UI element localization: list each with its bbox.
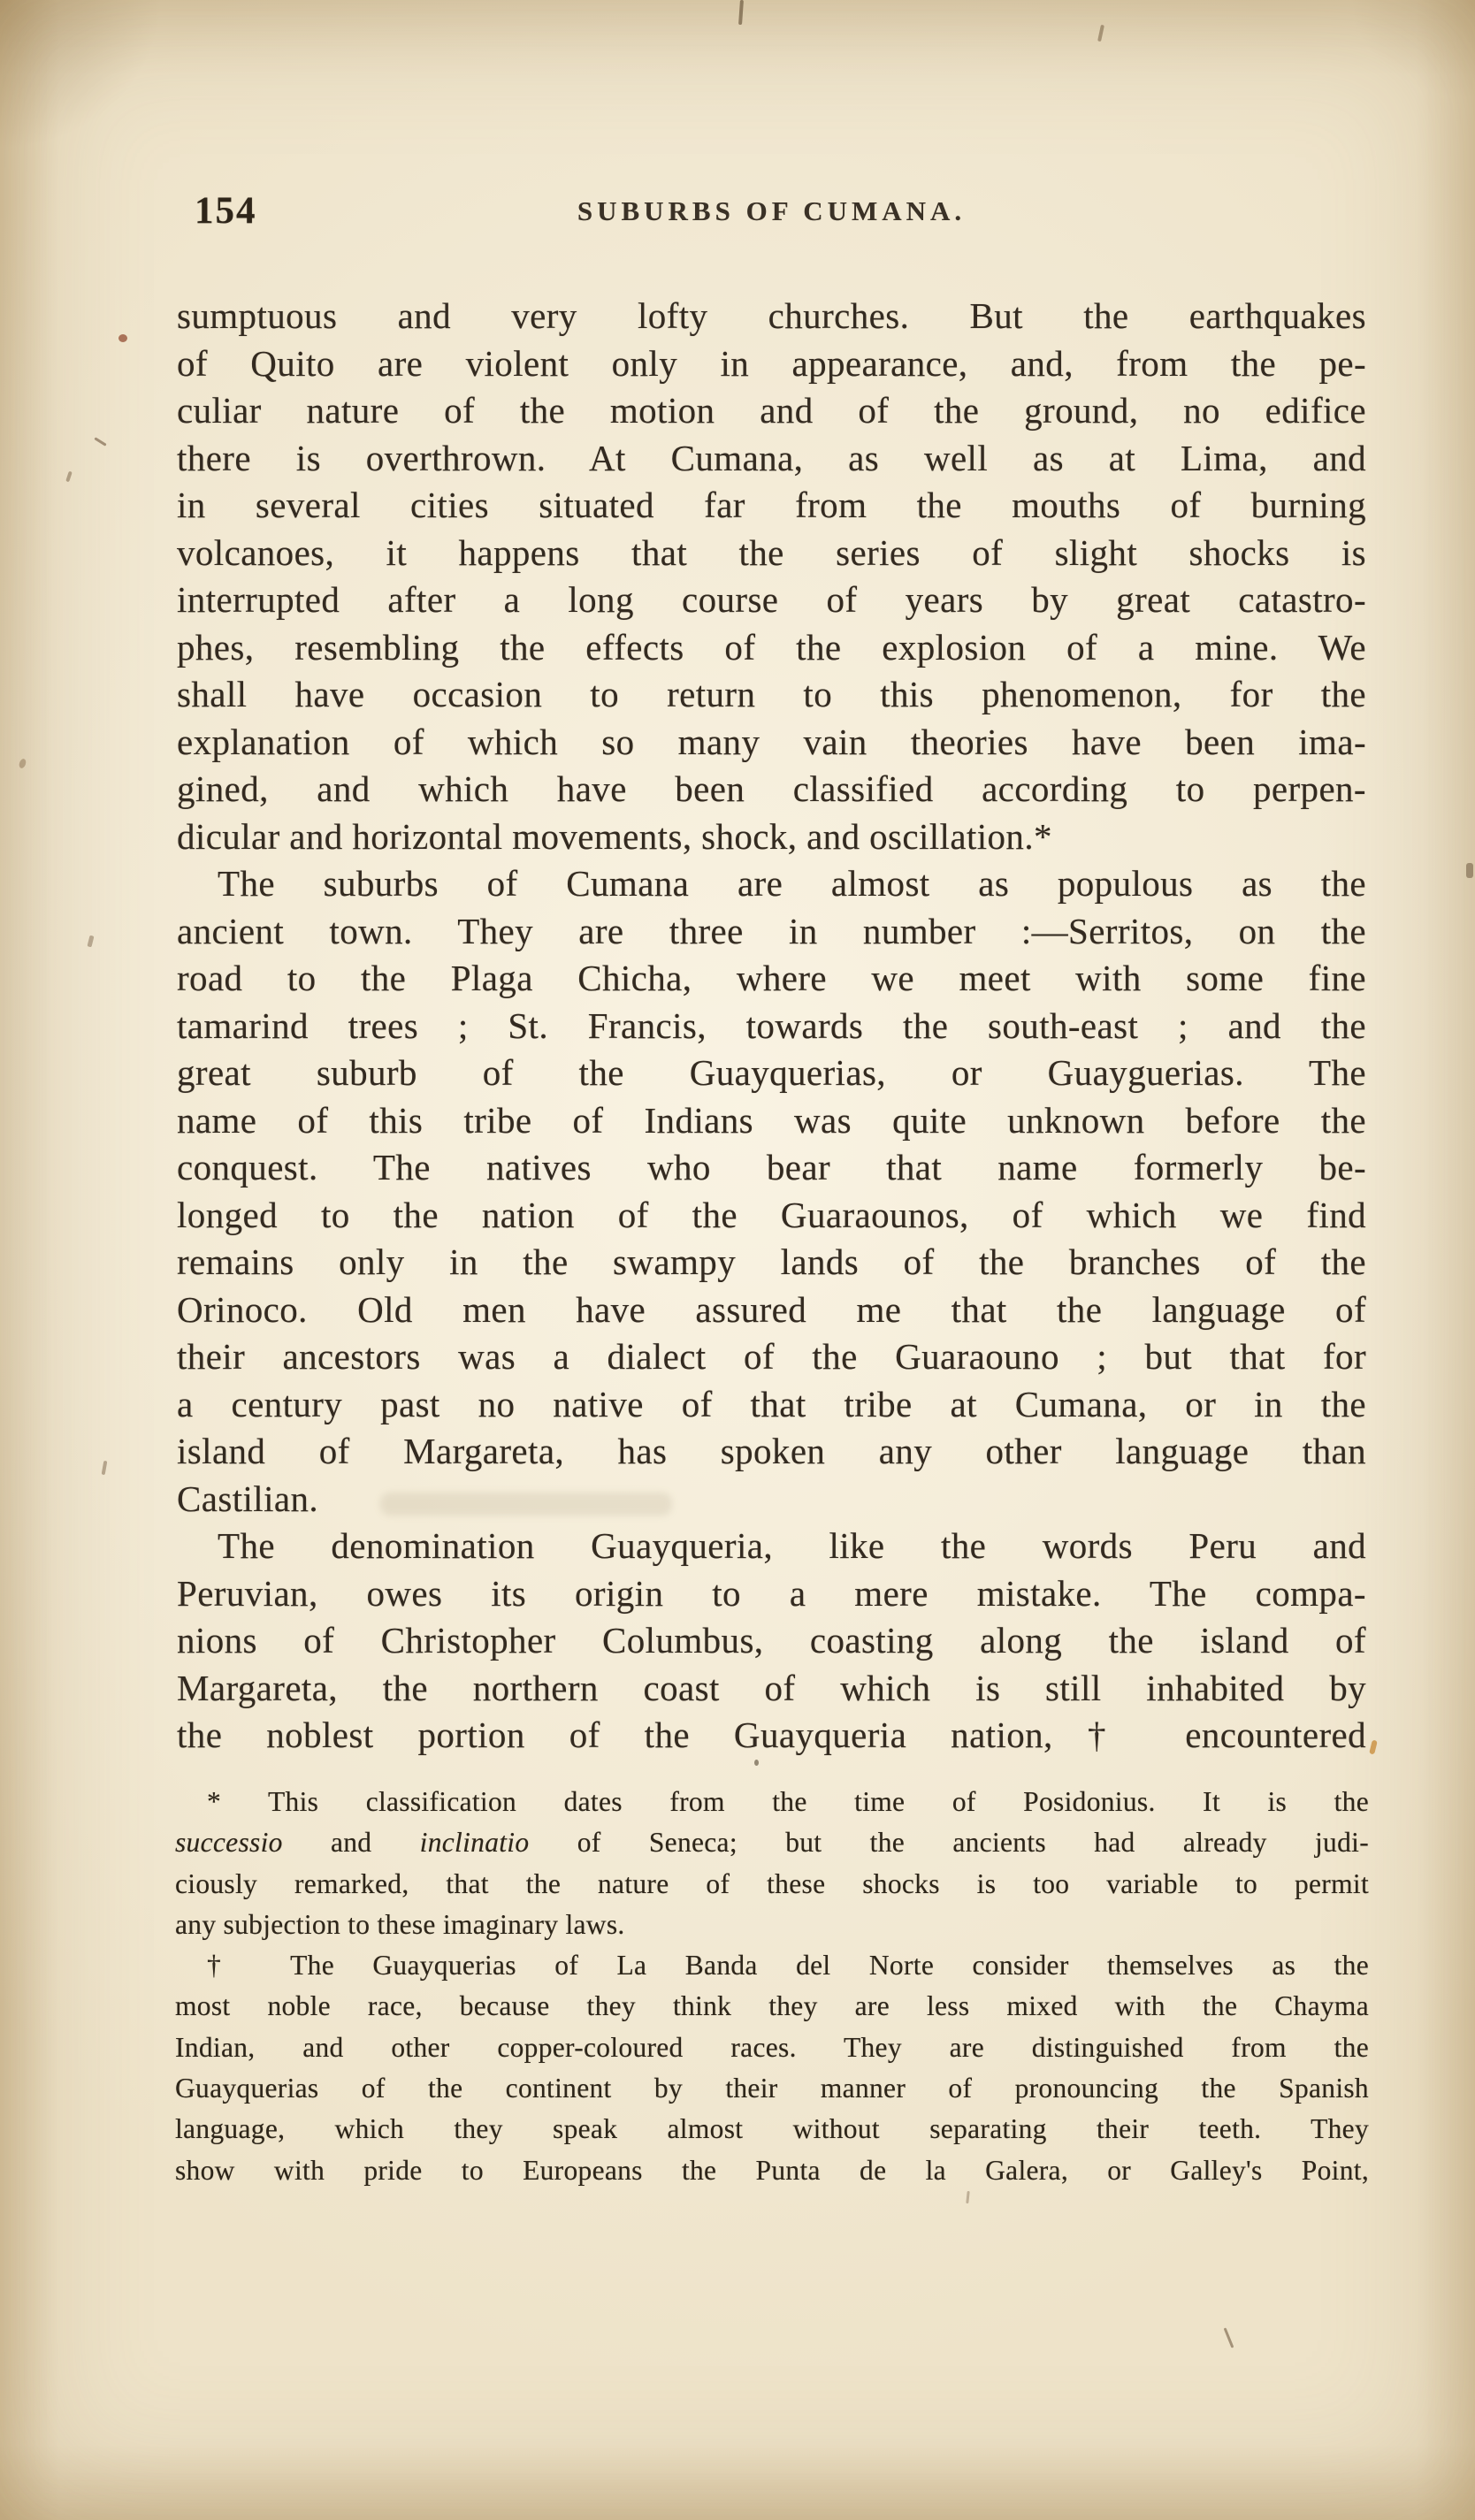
text-line: a century past no native of that tribe a… bbox=[177, 1381, 1366, 1429]
text-line: ciously remarked, that the nature of the… bbox=[175, 1864, 1369, 1905]
scan-mark-top-tick bbox=[738, 0, 744, 25]
text-line: name of this tribe of Indians was quite … bbox=[177, 1097, 1366, 1145]
scan-mark-apostrophe-top bbox=[1097, 25, 1104, 42]
text-line: Orinoco. Old men have assured me that th… bbox=[177, 1287, 1366, 1334]
text-line: island of Margareta, has spoken any othe… bbox=[177, 1428, 1366, 1476]
scan-mark-left-edge bbox=[18, 758, 27, 769]
scan-mark-backslash-bottom bbox=[1224, 2327, 1234, 2348]
text-line: conquest. The natives who bear that name… bbox=[177, 1144, 1366, 1192]
scan-mark-comma-margin bbox=[88, 935, 95, 948]
text-line: Peruvian, owes its origin to a mere mist… bbox=[177, 1570, 1366, 1618]
running-title: SUBURBS OF CUMANA. bbox=[177, 195, 1366, 227]
text-line: Castilian. bbox=[177, 1476, 1366, 1523]
text-line: phes, resembling the effects of the expl… bbox=[177, 624, 1366, 672]
text-line: interrupted after a long course of years… bbox=[177, 577, 1366, 624]
scan-mark-apostrophe-margin bbox=[102, 1461, 108, 1475]
scan-mark-comma bbox=[65, 471, 73, 483]
text-line: great suburb of the Guayquerias, or Guay… bbox=[177, 1050, 1366, 1097]
text-line: there is overthrown. At Cumana, as well … bbox=[177, 435, 1366, 483]
text-line: most noble race, because they think they… bbox=[175, 1986, 1369, 2027]
text-line: the noblest portion of the Guayqueria na… bbox=[177, 1712, 1366, 1760]
italic-text: successio bbox=[175, 1827, 283, 1858]
italic-text: inclinatio bbox=[420, 1827, 530, 1858]
text-line: * This classification dates from the tim… bbox=[175, 1782, 1369, 1822]
text-line: volcanoes, it happens that the series of… bbox=[177, 530, 1366, 577]
ink-dot-left-margin bbox=[118, 334, 127, 342]
text-line: any subjection to these imaginary laws. bbox=[175, 1905, 1369, 1945]
text-line: their ancestors was a dialect of the Gua… bbox=[177, 1333, 1366, 1381]
text-line: shall have occasion to return to this ph… bbox=[177, 671, 1366, 719]
text-line: ancient town. They are three in number :… bbox=[177, 908, 1366, 956]
text-line: Margareta, the northern coast of which i… bbox=[177, 1665, 1366, 1713]
text-line: † The Guayquerias of La Banda del Norte … bbox=[175, 1945, 1369, 1986]
text-line: show with pride to Europeans the Punta d… bbox=[175, 2150, 1369, 2191]
scan-mark-slash bbox=[94, 437, 106, 446]
scan-mark-bottom-center bbox=[966, 2191, 969, 2203]
text-line: of Quito are violent only in appearance,… bbox=[177, 340, 1366, 388]
book-page-scan: 154 SUBURBS OF CUMANA. sumptuous and ver… bbox=[0, 0, 1475, 2520]
text-line: sumptuous and very lofty churches. But t… bbox=[177, 293, 1366, 340]
text-line: The suburbs of Cumana are almost as popu… bbox=[177, 860, 1366, 908]
text-line: Guayquerias of the continent by their ma… bbox=[175, 2068, 1369, 2109]
text-line: explanation of which so many vain theori… bbox=[177, 719, 1366, 767]
text-line: gined, and which have been classified ac… bbox=[177, 766, 1366, 813]
text-line: tamarind trees ; St. Francis, towards th… bbox=[177, 1003, 1366, 1050]
footnotes-block: * This classification dates from the tim… bbox=[175, 1782, 1369, 2191]
text-line: longed to the nation of the Guaraounos, … bbox=[177, 1192, 1366, 1240]
scan-mark-right-edge bbox=[1466, 863, 1473, 878]
ink-speck-below-body bbox=[754, 1760, 759, 1766]
body-text-block: sumptuous and very lofty churches. But t… bbox=[177, 293, 1366, 1760]
running-head: 154 SUBURBS OF CUMANA. bbox=[177, 189, 1366, 242]
text-line: road to the Plaga Chicha, where we meet … bbox=[177, 955, 1366, 1003]
text-line: nions of Christopher Columbus, coasting … bbox=[177, 1617, 1366, 1665]
text-line: The denomination Guayqueria, like the wo… bbox=[177, 1523, 1366, 1570]
text-line: culiar nature of the motion and of the g… bbox=[177, 387, 1366, 435]
text-line: Indian, and other copper-coloured races.… bbox=[175, 2027, 1369, 2068]
text-line: dicular and horizontal movements, shock,… bbox=[177, 813, 1366, 861]
text-line: language, which they speak almost withou… bbox=[175, 2109, 1369, 2150]
fiber-fleck-orange bbox=[1369, 1740, 1378, 1755]
text-line: successio and inclinatio of Seneca; but … bbox=[175, 1822, 1369, 1863]
text-line: remains only in the swampy lands of the … bbox=[177, 1239, 1366, 1287]
text-line: in several cities situated far from the … bbox=[177, 482, 1366, 530]
